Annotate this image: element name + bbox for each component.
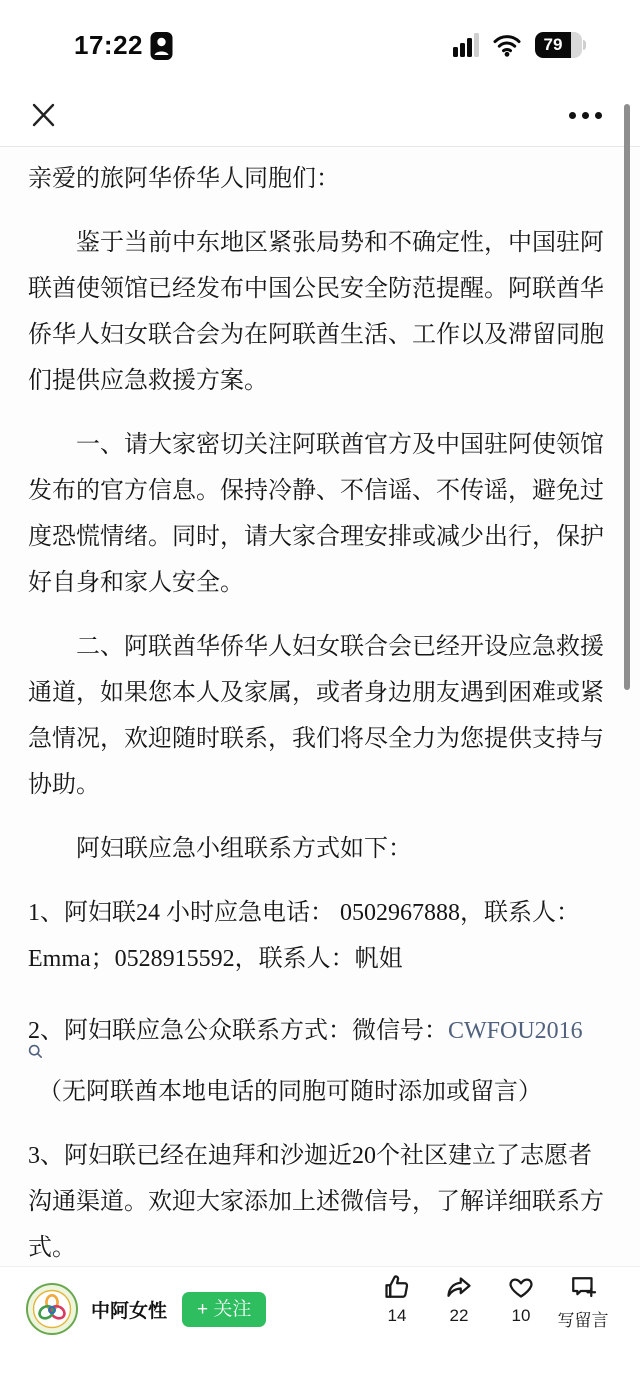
scrollbar[interactable]	[624, 104, 630, 690]
comment-label: 写留言	[558, 1306, 609, 1331]
contact-item-2: 2、阿妇联应急公众联系方式：微信号：CWFOU2016 （无阿联酋本地电话的同胞…	[28, 1000, 612, 1115]
article-body: 亲爱的旅阿华侨华人同胞们： 鉴于当前中东地区紧张局势和不确定性，中国驻阿联酋使领…	[0, 148, 640, 1266]
footer-bar: 中阿女性 + 关注 14 22	[0, 1266, 640, 1391]
contact-intro-line: 阿妇联应急小组联系方式如下：	[28, 826, 612, 872]
wechat-id-link[interactable]: CWFOU2016	[448, 1018, 583, 1044]
contact-item-1: 1、阿妇联24 小时应急电话： 0502967888，联系人：Emma；0528…	[28, 890, 612, 982]
cellular-signal-icon	[453, 33, 479, 57]
heart-icon	[506, 1272, 536, 1302]
person-badge-icon	[150, 31, 173, 61]
avatar[interactable]	[26, 1283, 78, 1335]
status-bar: 17:22 79	[0, 0, 640, 88]
paragraph-overview: 鉴于当前中东地区紧张局势和不确定性，中国驻阿联酋使领馆已经发布中国公民安全防范提…	[28, 220, 612, 404]
battery-icon: 79	[535, 32, 586, 58]
like-button[interactable]: 14	[366, 1272, 428, 1331]
contact-item-2-line: 2、阿妇联应急公众联系方式：微信号：CWFOU2016	[28, 1000, 612, 1069]
article-nav-bar	[0, 88, 640, 147]
more-menu-icon[interactable]	[565, 108, 606, 123]
battery-percent: 79	[535, 32, 571, 58]
share-count: 22	[450, 1306, 469, 1326]
phone-screen: 17:22 79	[0, 0, 640, 1391]
share-button[interactable]: 22	[428, 1272, 490, 1331]
status-time: 17:22	[74, 30, 143, 61]
share-arrow-icon	[444, 1272, 474, 1302]
close-icon[interactable]	[26, 98, 60, 132]
salutation-line: 亲爱的旅阿华侨华人同胞们：	[28, 156, 612, 202]
like-count: 14	[388, 1306, 407, 1326]
paragraph-advice-2: 二、阿联酋华侨华人妇女联合会已经开设应急救援通道，如果您本人及家属，或者身边朋友…	[28, 624, 612, 808]
thumb-up-icon	[382, 1272, 412, 1302]
account-name[interactable]: 中阿女性	[91, 1296, 167, 1323]
contact-item-2-note: （无阿联酋本地电话的同胞可随时添加或留言）	[28, 1069, 612, 1115]
favorite-count: 10	[512, 1306, 531, 1326]
contact-item-3: 3、阿妇联已经在迪拜和沙迦近20个社区建立了志愿者沟通渠道。欢迎大家添加上述微信…	[28, 1133, 612, 1266]
paragraph-advice-1: 一、请大家密切关注阿联酋官方及中国驻阿使领馆发布的官方信息。保持冷静、不信谣、不…	[28, 422, 612, 606]
comment-button[interactable]: 写留言	[552, 1272, 614, 1331]
follow-button[interactable]: + 关注	[182, 1292, 266, 1327]
search-icon	[28, 1044, 612, 1059]
comment-bubble-icon	[568, 1272, 598, 1302]
wifi-icon	[492, 34, 522, 57]
favorite-button[interactable]: 10	[490, 1272, 552, 1331]
